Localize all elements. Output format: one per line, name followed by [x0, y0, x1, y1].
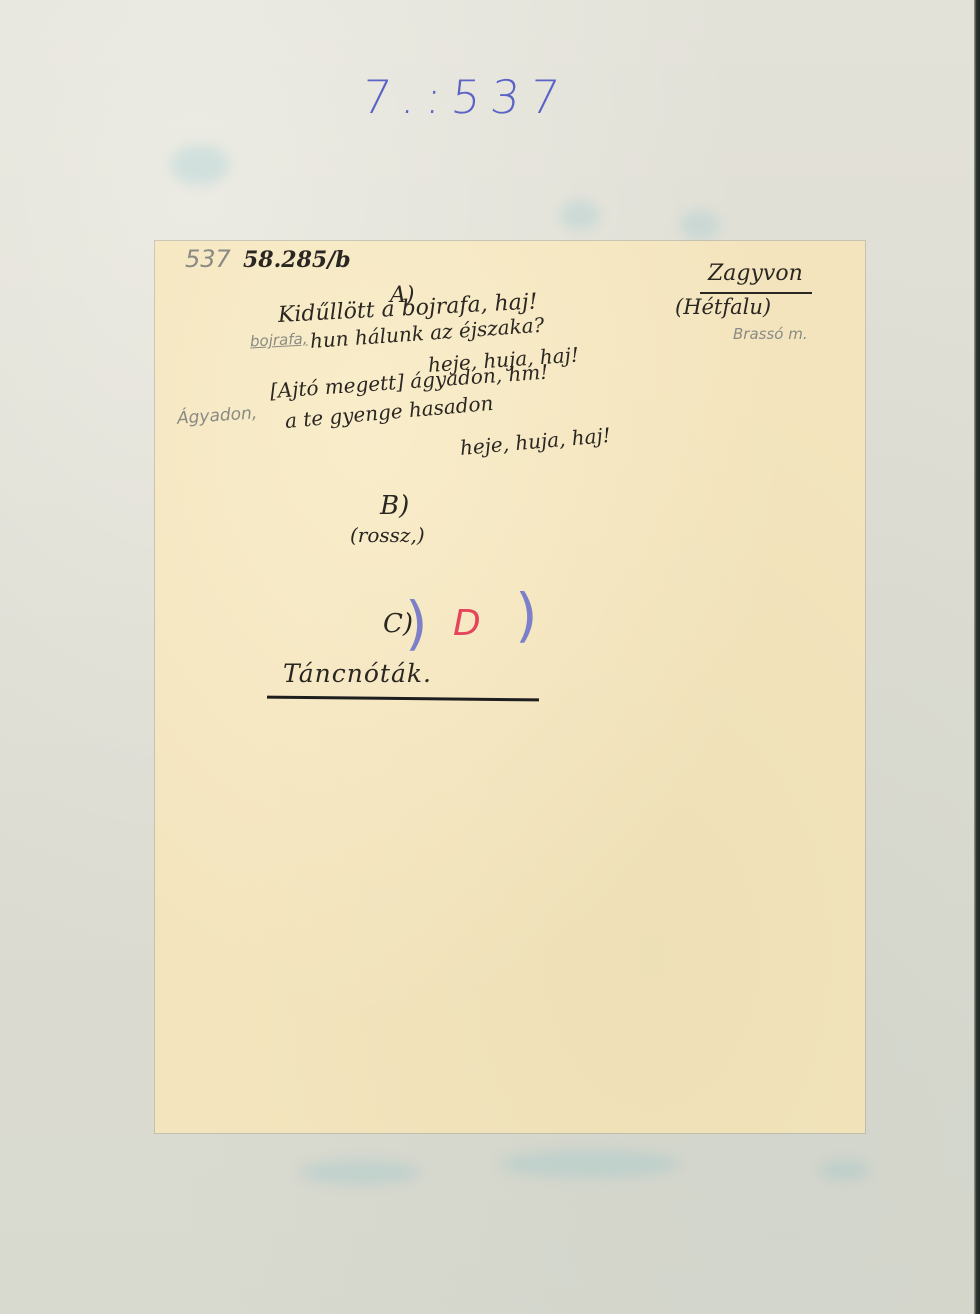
ink-catalog-number: 58.285/b [243, 247, 351, 273]
section-b-label: B) [380, 491, 409, 521]
place-underline [700, 292, 812, 294]
lyric-line: [Ajtó megett] ágyadon, hm! [269, 360, 549, 403]
blue-bracket-mark: ) [405, 589, 428, 657]
section-title: Táncnóták. [283, 659, 432, 688]
manuscript-sheet: 537 58.285/b Zagyvon (Hétfalu) Brassó m.… [155, 241, 865, 1133]
shelf-mark: 7.:537 [359, 70, 572, 124]
red-correction-label: D [453, 603, 481, 644]
county-pencil-note: Brassó m. [733, 325, 808, 343]
title-underline [267, 696, 539, 702]
place-name: Zagyvon [708, 261, 803, 286]
water-stain [680, 210, 720, 240]
lyric-line: heje, huja, haj! [459, 423, 612, 460]
place-alt-name: (Hétfalu) [675, 295, 771, 319]
water-stain [500, 1150, 680, 1178]
water-stain [560, 200, 600, 230]
pencil-annotation: bojrafa, [250, 330, 308, 351]
archive-mount-board: 7.:537 537 58.285/b Zagyvon (Hétfalu) Br… [0, 0, 980, 1314]
section-b-text: (rossz,) [350, 523, 425, 547]
blue-bracket-mark: ) [515, 581, 538, 649]
pencil-annotation: Ágyadon, [176, 403, 257, 429]
mount-edge-shadow [974, 0, 980, 1314]
water-stain [170, 145, 230, 185]
water-stain [820, 1160, 870, 1180]
water-stain [300, 1160, 420, 1185]
pencil-catalog-number: 537 [185, 245, 231, 273]
